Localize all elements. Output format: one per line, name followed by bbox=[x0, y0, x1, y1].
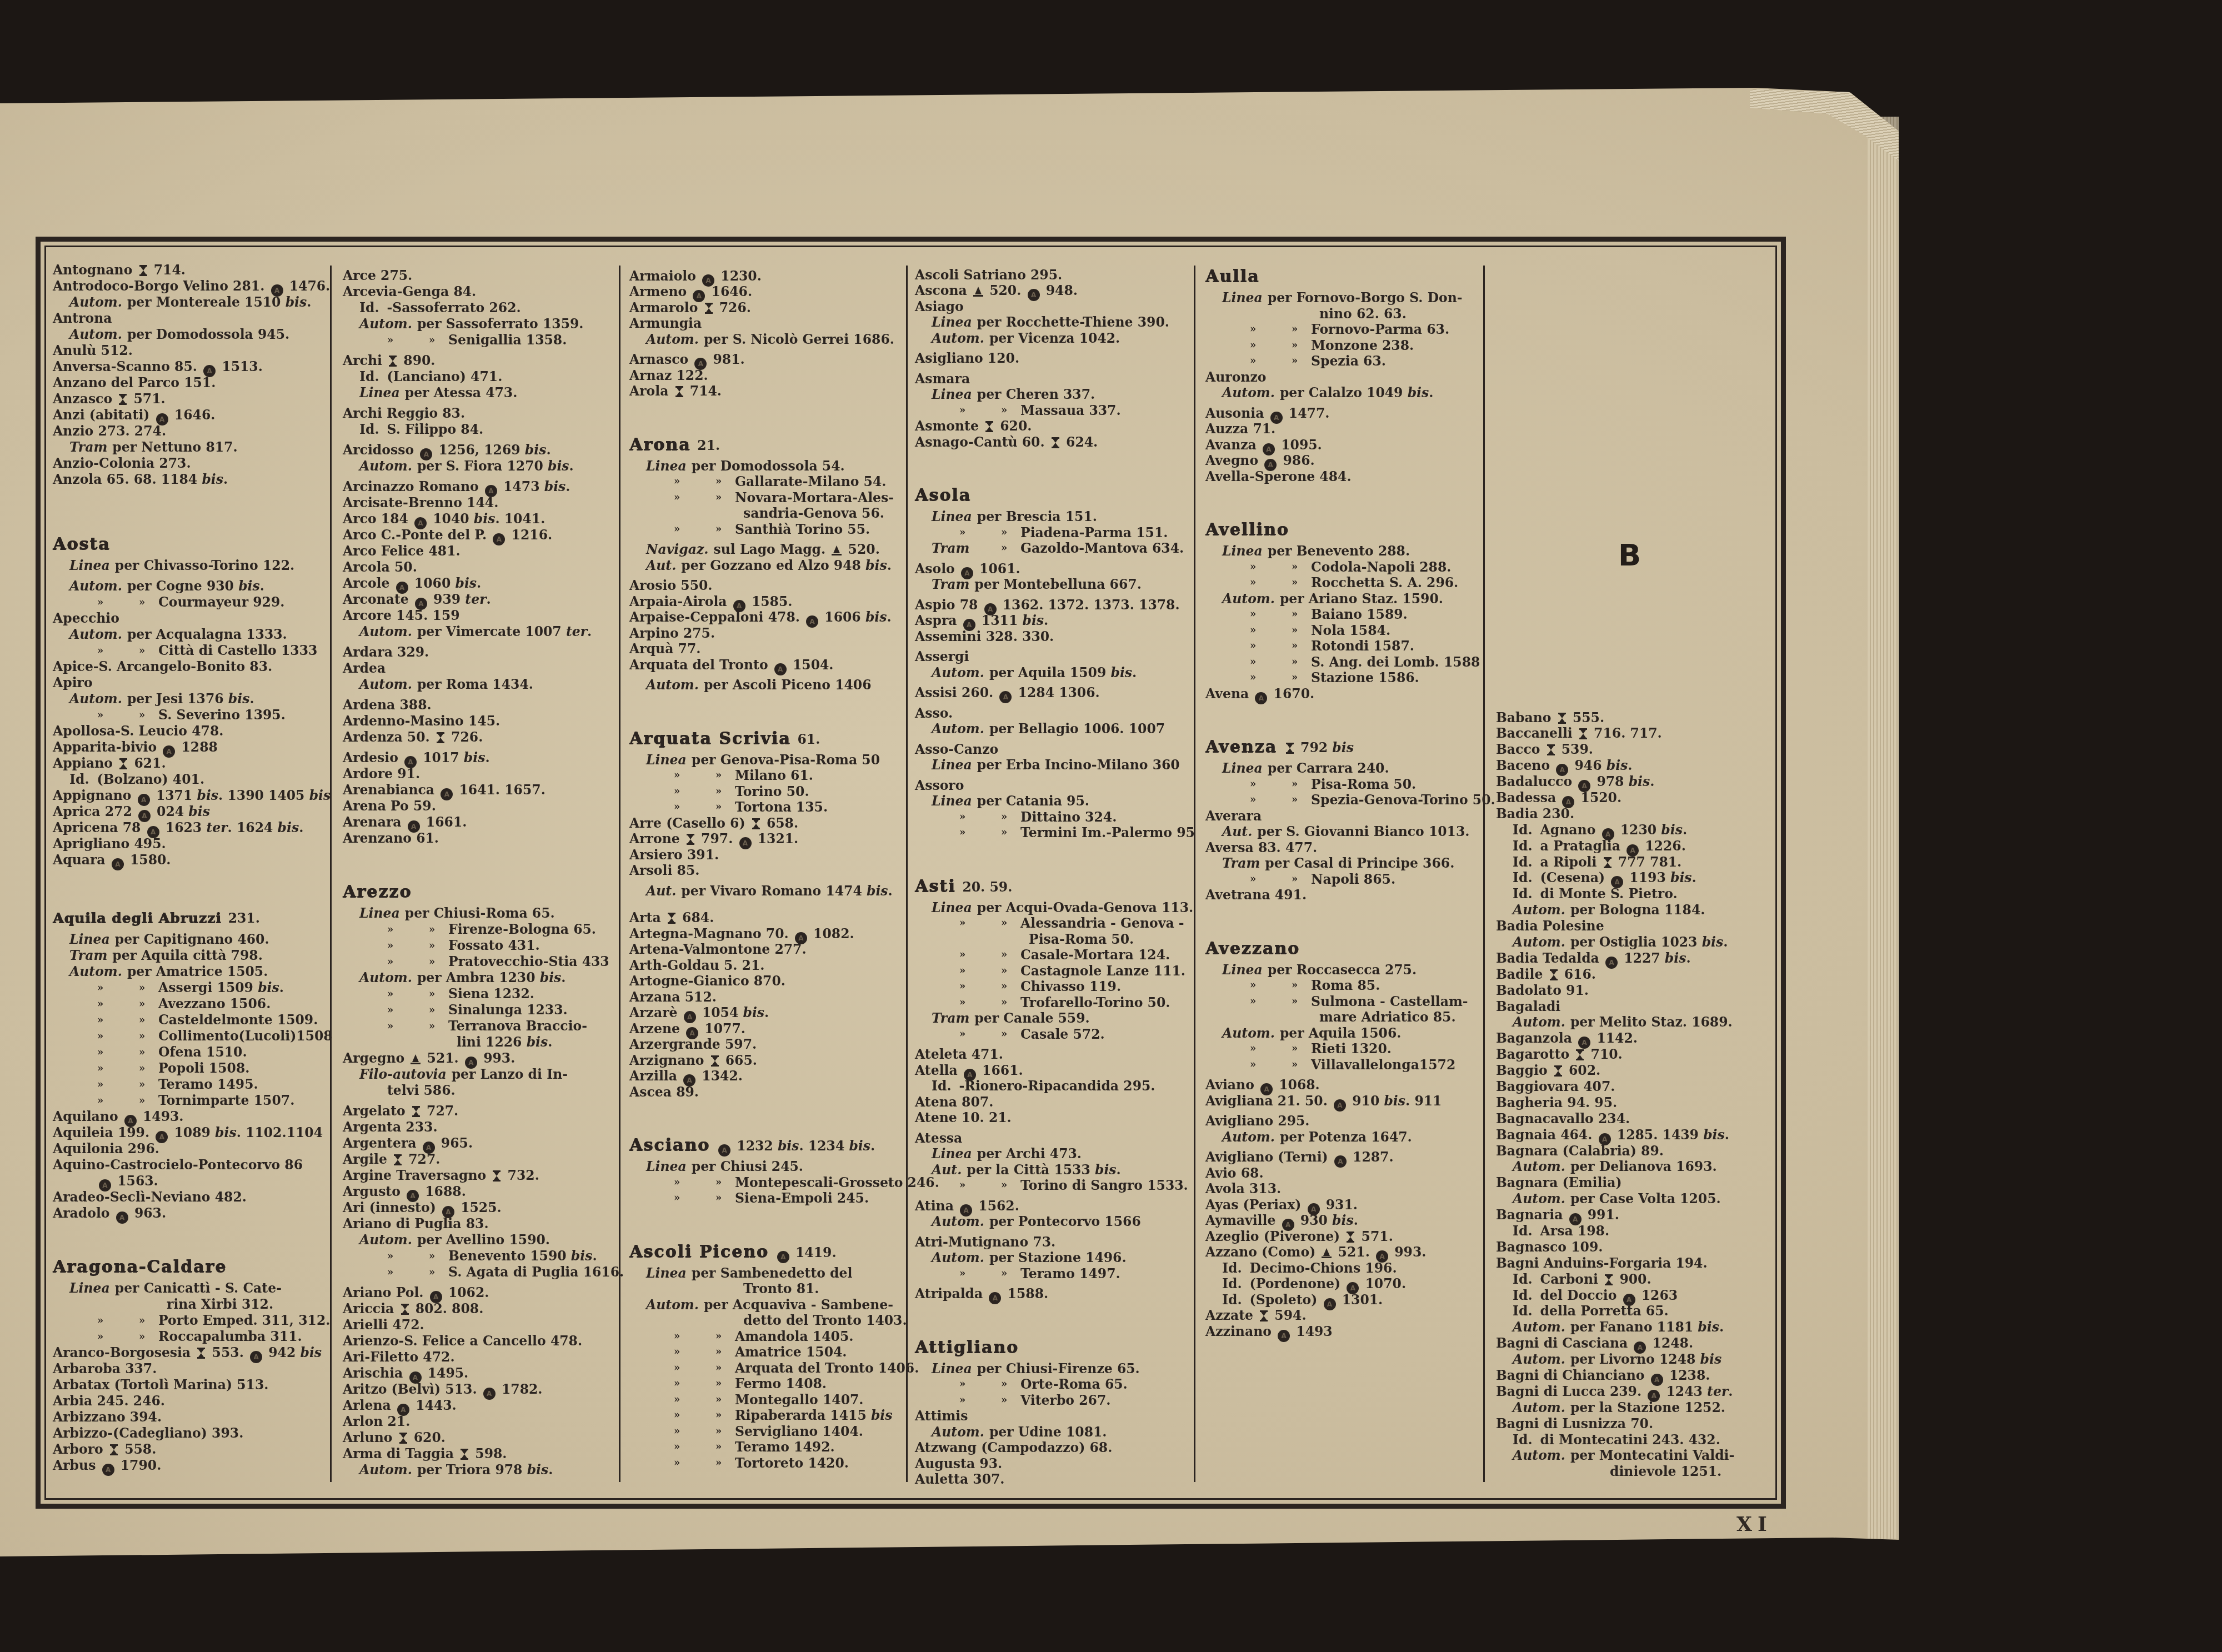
index-entry: Antrona bbox=[53, 311, 333, 327]
ditto-line: »»Napoli 865. bbox=[1205, 872, 1486, 888]
service-type-label: Autom. bbox=[932, 331, 984, 346]
bus-service-icon: A bbox=[116, 1212, 128, 1224]
idem-line: Id.-Sassoferrato 262. bbox=[343, 300, 623, 316]
entry-text: per Aquila 1509 bis. bbox=[989, 665, 1137, 680]
ditto-line: »»Fermo 1408. bbox=[629, 1376, 910, 1392]
entry-text: Pisa-Roma 50. bbox=[1311, 777, 1416, 793]
service-type-label: Linea bbox=[1222, 290, 1263, 306]
entry-text: Arzarè A 1054 bis. bbox=[629, 1005, 769, 1020]
ditto-mark: » bbox=[1292, 353, 1298, 369]
entry-text: Badia 230. bbox=[1496, 806, 1574, 822]
index-entry: Arma di Taggia 598. bbox=[343, 1446, 623, 1462]
ditto-mark: » bbox=[1001, 963, 1007, 979]
service-line: Lineaper Benevento 288. bbox=[1205, 543, 1486, 559]
service-type-label: Autom. bbox=[359, 316, 412, 332]
service-line: Tramper Aquila città 798. bbox=[53, 948, 333, 964]
edition-suffix: bis bbox=[1110, 665, 1132, 680]
index-entry: Baganzola A 1142. bbox=[1496, 1030, 1776, 1047]
entry-text: Novara-Mortara-Ales- bbox=[735, 490, 894, 506]
entry-text: Aversa 83. 477. bbox=[1205, 840, 1317, 855]
ditto-mark: » bbox=[139, 996, 145, 1012]
ditto-mark: » bbox=[959, 825, 965, 841]
ditto-line: »»S. Severino 1395. bbox=[53, 707, 333, 723]
ditto-mark: » bbox=[959, 403, 965, 419]
entry-text: Arsa 198. bbox=[1540, 1223, 1610, 1239]
index-entry: Anzasco 571. bbox=[53, 391, 333, 407]
idem-line: Id.a Prataglia A 1226. bbox=[1496, 838, 1776, 854]
index-entry: Badolato 91. bbox=[1496, 983, 1776, 999]
ditto-mark: » bbox=[674, 1329, 680, 1345]
tramway-icon bbox=[436, 732, 445, 744]
ditto-line: »»Trofarello-Torino 50. bbox=[915, 995, 1195, 1011]
service-type-label: Autom. bbox=[1222, 1129, 1275, 1145]
entry-text: Codola-Napoli 288. bbox=[1311, 559, 1451, 575]
edition-suffix: bis bbox=[865, 609, 887, 625]
entry-text: S. Agata di Puglia 1616. bbox=[448, 1264, 624, 1280]
service-line: Autom.per Roma 1434. bbox=[343, 677, 623, 693]
index-entry: Arzergrande 597. bbox=[629, 1037, 910, 1053]
entry-text: Bagaladi bbox=[1496, 999, 1560, 1014]
entry-text: Atzwang (Campodazzo) 68. bbox=[915, 1440, 1112, 1455]
entry-text: Archi 890. bbox=[343, 353, 436, 368]
entry-text: per Acqui-Ovada-Genova 113. bbox=[977, 900, 1194, 915]
service-line: Autom.per Montecatini Valdi- bbox=[1496, 1448, 1776, 1464]
ditto-mark: » bbox=[1001, 403, 1007, 419]
index-entry: Auronzo bbox=[1205, 369, 1486, 386]
entry-text: Trofarello-Torino 50. bbox=[1020, 995, 1170, 1011]
entry-text: per Benevento 288. bbox=[1268, 543, 1410, 559]
ditto-mark: » bbox=[387, 1248, 393, 1264]
idem-line: Id.Arsa 198. bbox=[1496, 1223, 1776, 1239]
entry-text: Arbizzo-(Cadegliano) 393. bbox=[53, 1425, 243, 1441]
index-entry: Bagnasco 109. bbox=[1496, 1239, 1776, 1255]
ditto-mark: » bbox=[387, 938, 393, 954]
ditto-line: »»Alessandria - Genova - bbox=[915, 915, 1195, 932]
entry-text: Ripaberarda 1415 bis bbox=[735, 1408, 893, 1424]
entry-text: per Fanano 1181 bis. bbox=[1570, 1319, 1724, 1335]
entry-text: Arnaz 122. bbox=[629, 368, 708, 383]
entry-text: Arnasco A 981. bbox=[629, 352, 745, 367]
entry-text: per Fornovo-Borgo S. Don- bbox=[1268, 290, 1463, 306]
entry-text: Bagni di Casciana A 1248. bbox=[1496, 1335, 1693, 1351]
entry-text: Augusta 93. bbox=[915, 1456, 1002, 1471]
ditto-line: »»Teramo 1497. bbox=[915, 1266, 1195, 1282]
ditto-mark: » bbox=[715, 1175, 722, 1191]
ditto-line: »»Rotondi 1587. bbox=[1205, 638, 1486, 654]
ditto-line: »»Collimento(Lucoli)1508 bbox=[53, 1028, 333, 1044]
entry-text: Casteldelmonte 1509. bbox=[158, 1012, 318, 1028]
entry-text: Baggiovara 407. bbox=[1496, 1079, 1615, 1094]
entry-text: Badile 616. bbox=[1496, 967, 1596, 982]
ditto-line: »»Popoli 1508. bbox=[53, 1060, 333, 1077]
ditto-line: »»Siena-Empoli 245. bbox=[629, 1190, 910, 1207]
entry-text: Termini Im.-Palermo 95 bbox=[1020, 825, 1195, 841]
entry-text: Anzio 273. 274. bbox=[53, 423, 166, 439]
index-entry: Asiago bbox=[915, 299, 1195, 315]
index-entry: Ardesio A 1017 bis. bbox=[343, 750, 623, 766]
idem-line: Id.(Lanciano) 471. bbox=[343, 369, 623, 385]
ditto-mark: » bbox=[1250, 353, 1256, 369]
index-entry: Aviano A 1068. bbox=[1205, 1077, 1486, 1093]
ditto-mark: » bbox=[1292, 575, 1298, 591]
entry-text: Napoli 865. bbox=[1311, 872, 1395, 888]
entry-text: Rieti 1320. bbox=[1311, 1041, 1392, 1057]
tramway-icon bbox=[704, 302, 713, 314]
entry-text: Piadena-Parma 151. bbox=[1020, 525, 1168, 541]
edition-suffix: bis bbox=[238, 578, 260, 594]
heading-station-name: Asti bbox=[915, 877, 955, 896]
service-line: Lineaper Chiusi-Roma 65. bbox=[343, 905, 623, 922]
ditto-line: »»Villavallelonga1572 bbox=[1205, 1057, 1486, 1073]
entry-text: Montegallo 1407. bbox=[735, 1392, 864, 1408]
index-entry: Babano 555. bbox=[1496, 710, 1776, 726]
entry-text: Arta 684. bbox=[629, 910, 714, 925]
tramway-icon bbox=[667, 912, 676, 924]
service-type-label: Autom. bbox=[1513, 1400, 1565, 1415]
index-entry: Baceno A 946 bis. bbox=[1496, 758, 1776, 774]
tramway-icon bbox=[460, 1448, 469, 1460]
entry-text: Anversa-Scanno 85. A 1513. bbox=[53, 359, 263, 374]
entry-text: Bagheria 94. 95. bbox=[1496, 1095, 1617, 1110]
ditto-mark: » bbox=[674, 768, 680, 784]
entry-text: a Ripoli 777 781. bbox=[1540, 854, 1682, 870]
index-entry: Badia 230. bbox=[1496, 806, 1776, 822]
service-type-label: Autom. bbox=[359, 624, 412, 639]
index-entry: Ardea bbox=[343, 660, 623, 677]
ditto-line: »»Codola-Napoli 288. bbox=[1205, 559, 1486, 575]
service-line: Lineaper Rocchette-Thiene 390. bbox=[915, 314, 1195, 331]
tramway-icon bbox=[109, 1444, 118, 1456]
entry-text: Atella A 1661. bbox=[915, 1063, 1023, 1078]
index-entry: Asmara bbox=[915, 371, 1195, 387]
entry-text: Aquilano A 1493. bbox=[53, 1109, 184, 1124]
entry-text: Assergi bbox=[915, 649, 969, 664]
boat-service-icon bbox=[973, 285, 983, 297]
ditto-mark: » bbox=[1001, 825, 1007, 841]
entry-text: Fossato 431. bbox=[448, 938, 540, 954]
ditto-mark: » bbox=[1001, 540, 1007, 557]
entry-text: per Atessa 473. bbox=[405, 385, 518, 401]
heading-station-name: Arquata Scrivia bbox=[629, 729, 790, 748]
tramway-icon bbox=[675, 386, 684, 398]
ditto-mark: » bbox=[1001, 525, 1007, 541]
entry-text: Ariccia 802. 808. bbox=[343, 1301, 483, 1316]
entry-text: Gazoldo-Mantova 634. bbox=[1020, 540, 1184, 557]
entry-text: per Jesi 1376 bis. bbox=[127, 691, 254, 707]
index-entry: Asso. bbox=[915, 705, 1195, 722]
entry-text: Santhià Torino 55. bbox=[735, 522, 870, 538]
entry-text: Aspra A 1311 bis. bbox=[915, 613, 1048, 628]
entry-text: Anzi (abitati) A 1646. bbox=[53, 407, 215, 423]
service-type-label: Autom. bbox=[69, 294, 122, 310]
entry-text: per Chiusi 245. bbox=[692, 1159, 803, 1174]
ditto-mark: » bbox=[715, 1392, 722, 1408]
edition-suffix: bis bbox=[464, 750, 486, 765]
index-entry: Archi 890. bbox=[343, 353, 623, 369]
ditto-mark: » bbox=[715, 490, 722, 506]
ditto-mark: » bbox=[139, 1329, 145, 1345]
index-column-6: Babano 555.Baccanelli 716. 717.Bacco 539… bbox=[1496, 710, 1776, 1480]
tramway-icon bbox=[1575, 1049, 1584, 1061]
index-entry: Ariccia 802. 808. bbox=[343, 1301, 623, 1317]
service-type-label: Autom. bbox=[1222, 591, 1275, 607]
entry-text: Azzano (Como) 521. A 993. bbox=[1205, 1244, 1426, 1260]
entry-text: Arma di Taggia 598. bbox=[343, 1446, 507, 1461]
ditto-mark: » bbox=[1292, 978, 1298, 994]
service-line: Autom.per Aquila 1506. bbox=[1205, 1025, 1486, 1042]
entry-text: Firenze-Bologna 65. bbox=[448, 922, 596, 938]
ditto-mark: » bbox=[1292, 670, 1298, 686]
entry-text: Arrone 797. A 1321. bbox=[629, 831, 798, 847]
tramway-icon bbox=[399, 1432, 408, 1444]
ditto-mark: » bbox=[1292, 607, 1298, 623]
entry-text: per Vicenza 1042. bbox=[989, 331, 1120, 346]
station-heading: Arona21. bbox=[629, 432, 910, 458]
edition-suffix: bis bbox=[1629, 774, 1650, 789]
entry-text: Agnano A 1230 bis. bbox=[1540, 822, 1687, 838]
entry-text: Asnago-Cantù 60. 624. bbox=[915, 434, 1098, 450]
entry-text: (Pordenone) A 1070. bbox=[1250, 1276, 1406, 1291]
index-entry: Aspra A 1311 bis. bbox=[915, 613, 1195, 629]
entry-text: Massaua 337. bbox=[1020, 403, 1121, 419]
ditto-line: »»Ripaberarda 1415 bis bbox=[629, 1408, 910, 1424]
station-heading: Aquila degli Abruzzi231. bbox=[53, 905, 333, 932]
ditto-line: »»Monzone 238. bbox=[1205, 338, 1486, 354]
entry-text: dinievole 1251. bbox=[1610, 1464, 1721, 1479]
entry-text: Arzana 512. bbox=[629, 989, 717, 1005]
index-entry: Ardore 91. bbox=[343, 766, 623, 782]
index-entry: Assisi 260. A 1284 1306. bbox=[915, 685, 1195, 701]
index-entry: Ardenno-Masino 145. bbox=[343, 713, 623, 729]
index-entry: Atri-Mutignano 73. bbox=[915, 1234, 1195, 1250]
heading-station-name: Arezzo bbox=[343, 882, 412, 902]
service-line: Lineaper Brescia 151. bbox=[915, 509, 1195, 525]
service-line: Autom.per Ascoli Piceno 1406 bbox=[629, 677, 910, 693]
idem-line: Id.a Ripoli 777 781. bbox=[1496, 854, 1776, 870]
index-entry: Arbia 245. 246. bbox=[53, 1393, 333, 1409]
idem-abbreviation: Id. bbox=[1513, 1303, 1533, 1319]
entry-text: S. Filippo 84. bbox=[387, 422, 484, 437]
index-entry: Ardara 329. bbox=[343, 644, 623, 660]
entry-text: Badessa A 1520. bbox=[1496, 790, 1622, 805]
entry-text: per Case Volta 1205. bbox=[1570, 1191, 1721, 1207]
ditto-mark: » bbox=[1250, 575, 1256, 591]
entry-text: Avigliano (Terni) A 1287. bbox=[1205, 1149, 1394, 1165]
entry-text: per la Stazione 1252. bbox=[1570, 1400, 1725, 1415]
index-entry: Auletta 307. bbox=[915, 1471, 1195, 1488]
entry-text: per Ascoli Piceno 1406 bbox=[704, 677, 872, 693]
entry-text: Avigliana 21. 50. A 910 bis. 911 bbox=[1205, 1093, 1442, 1109]
service-line: Autom.per Cogne 930 bis. bbox=[53, 578, 333, 594]
index-entry: Avella-Sperone 484. bbox=[1205, 469, 1486, 485]
idem-abbreviation: Id. bbox=[932, 1078, 952, 1094]
entry-text: per Chiusi-Firenze 65. bbox=[977, 1361, 1140, 1376]
ditto-line: »»Assergi 1509 bis. bbox=[53, 980, 333, 996]
index-entry: Atzwang (Campodazzo) 68. bbox=[915, 1440, 1195, 1456]
index-column-4: Ascoli Satriano 295.Ascona 520. A 948.As… bbox=[915, 267, 1195, 1488]
ditto-line: »»Santhià Torino 55. bbox=[629, 522, 910, 538]
index-entry: Arpino 275. bbox=[629, 625, 910, 642]
index-entry: Arcole A 1060 bis. bbox=[343, 575, 623, 592]
service-type-label: Autom. bbox=[1513, 934, 1565, 950]
service-line: Filo-autoviaper Lanzo di In- bbox=[343, 1067, 623, 1083]
entry-text: Badia Tedalda A 1227 bis. bbox=[1496, 950, 1691, 966]
entry-text: Aranco-Borgosesia 553. A 942 bis bbox=[53, 1345, 322, 1360]
heading-station-name: Aragona-Caldare bbox=[53, 1257, 227, 1276]
entry-text: per Vimercate 1007 ter. bbox=[417, 624, 592, 639]
ditto-line: »»Pisa-Roma 50. bbox=[1205, 777, 1486, 793]
ditto-line: »»Fornovo-Parma 63. bbox=[1205, 322, 1486, 338]
ditto-line: »»Massaua 337. bbox=[915, 403, 1195, 419]
service-type-label: Aut. bbox=[646, 883, 676, 899]
entry-text: Sulmona - Castellam- bbox=[1311, 994, 1468, 1010]
index-entry: Baggiovara 407. bbox=[1496, 1079, 1776, 1095]
entry-text: Asmara bbox=[915, 371, 970, 387]
entry-text: Avetrana 491. bbox=[1205, 887, 1307, 903]
index-entry: Baccanelli 716. 717. bbox=[1496, 725, 1776, 742]
entry-text: Porto Emped. 311, 312. bbox=[158, 1313, 330, 1329]
index-entry: Ascoli Satriano 295. bbox=[915, 267, 1195, 283]
service-line: Autom.per Ostiglia 1023 bis. bbox=[1496, 934, 1776, 950]
entry-text: Arielli 472. bbox=[343, 1317, 424, 1333]
index-entry: Anulù 512. bbox=[53, 343, 333, 359]
index-entry: Augusta 93. bbox=[915, 1456, 1195, 1472]
entry-text: Argile 727. bbox=[343, 1152, 440, 1167]
index-entry: Avio 68. bbox=[1205, 1165, 1486, 1182]
entry-text: Ascona 520. A 948. bbox=[915, 283, 1078, 298]
index-entry: Argile 727. bbox=[343, 1152, 623, 1168]
index-entry: Arboro 558. bbox=[53, 1441, 333, 1458]
entry-text: per la Città 1533 bis. bbox=[967, 1162, 1120, 1178]
entry-text: Atene 10. 21. bbox=[915, 1110, 1012, 1125]
heading-references: A 1419. bbox=[775, 1245, 837, 1260]
edition-suffix: bis bbox=[1703, 1127, 1725, 1143]
tramway-icon bbox=[1346, 1231, 1355, 1243]
entry-text: per Genova-Pisa-Roma 50 bbox=[692, 752, 880, 768]
ditto-line: »»Baiano 1589. bbox=[1205, 607, 1486, 623]
ditto-line: »»Tornimparte 1507. bbox=[53, 1093, 333, 1109]
entry-text: per Montereale 1510 bis. bbox=[127, 294, 312, 310]
index-entry: Avanza A 1095. bbox=[1205, 437, 1486, 453]
index-entry: Arluno 620. bbox=[343, 1430, 623, 1446]
entry-text: Bagnaia 464. A 1285. 1439 bis. bbox=[1496, 1127, 1729, 1143]
entry-text: Ascoli Satriano 295. bbox=[915, 267, 1062, 283]
tramway-icon bbox=[197, 1347, 206, 1359]
index-entry: Asmonte 620. bbox=[915, 418, 1195, 434]
service-line: Autom.per S. Fiora 1270 bis. bbox=[343, 458, 623, 474]
ditto-mark: » bbox=[429, 1018, 435, 1034]
ditto-mark: » bbox=[959, 963, 965, 979]
ditto-line: »»Termini Im.-Palermo 95 bbox=[915, 825, 1195, 841]
service-type-label: Autom. bbox=[1513, 1351, 1565, 1367]
ditto-mark: » bbox=[1292, 338, 1298, 354]
boat-service-icon bbox=[411, 1053, 421, 1065]
tramway-icon bbox=[1603, 857, 1612, 869]
index-entry: Bagni di Lusnizza 70. bbox=[1496, 1416, 1776, 1432]
edition-suffix: bis bbox=[1700, 1351, 1722, 1367]
entry-text: Arlon 21. bbox=[343, 1414, 410, 1429]
service-type-label: Linea bbox=[646, 1265, 687, 1281]
entry-text: Apecchio bbox=[53, 610, 119, 626]
entry-text: per Triora 978 bis. bbox=[417, 1462, 553, 1478]
service-line: Autom.per Amatrice 1505. bbox=[53, 964, 333, 980]
entry-text: Avola 313. bbox=[1205, 1181, 1281, 1197]
ditto-mark: » bbox=[97, 1329, 103, 1345]
ditto-line: »»Siena 1232. bbox=[343, 986, 623, 1002]
service-line: Autom.per Montereale 1510 bis. bbox=[53, 294, 333, 311]
edition-suffix: bis bbox=[1670, 870, 1692, 885]
ditto-mark: » bbox=[674, 799, 680, 815]
heading-station-name: Asola bbox=[915, 485, 971, 505]
heading-references: 20. 59. bbox=[962, 879, 1012, 895]
entry-text: per Montebelluna 667. bbox=[974, 577, 1142, 592]
ditto-mark: » bbox=[1250, 654, 1256, 670]
entry-text: per Aquila città 798. bbox=[112, 948, 263, 963]
index-entry: Argegno 521. A 993. bbox=[343, 1050, 623, 1067]
entry-text: Siena 1232. bbox=[448, 986, 534, 1002]
entry-text: Aquileia 199. A 1089 bis. 1102.1104 bbox=[53, 1125, 323, 1140]
index-entry: Arlon 21. bbox=[343, 1414, 623, 1430]
edition-suffix: bis bbox=[1332, 1213, 1354, 1228]
service-type-label: Autom. bbox=[646, 677, 699, 693]
service-line: Lineaper Catania 95. bbox=[915, 793, 1195, 809]
bus-service-icon: A bbox=[777, 1251, 789, 1263]
index-entry: Anversa-Scanno 85. A 1513. bbox=[53, 359, 333, 375]
entry-text: Anzasco 571. bbox=[53, 391, 166, 407]
entry-text: Siena-Empoli 245. bbox=[735, 1190, 869, 1207]
entry-text: Auletta 307. bbox=[915, 1471, 1005, 1487]
index-entry: Arenzano 61. bbox=[343, 830, 623, 847]
index-entry: Apparita-bivio A 1288 bbox=[53, 739, 333, 755]
entry-text: per Pontecorvo 1566 bbox=[989, 1214, 1141, 1229]
entry-text: per Domodossola 945. bbox=[127, 327, 289, 342]
entry-text: Baiano 1589. bbox=[1311, 607, 1408, 623]
entry-text: Rocchetta S. A. 296. bbox=[1311, 575, 1458, 591]
ditto-line: »»Fossato 431. bbox=[343, 938, 623, 954]
service-type-label: Autom. bbox=[69, 691, 122, 707]
ditto-mark: » bbox=[715, 1455, 722, 1471]
index-entry: Arquà 77. bbox=[629, 641, 910, 657]
tramway-icon bbox=[985, 420, 994, 433]
entry-text: Città di Castello 1333 bbox=[158, 643, 317, 659]
entry-text: Ausonia A 1477. bbox=[1205, 406, 1329, 421]
entry-text: Courmayeur 929. bbox=[158, 594, 284, 610]
idem-line: Id.(Bolzano) 401. bbox=[53, 772, 333, 788]
ditto-mark: » bbox=[674, 1360, 680, 1376]
entry-text: Nola 1584. bbox=[1311, 623, 1390, 639]
index-entry: Arco Felice 481. bbox=[343, 543, 623, 559]
index-entry: Arco 184 A 1040 bis. 1041. bbox=[343, 511, 623, 527]
entry-text: Aymaville A 930 bis. bbox=[1205, 1213, 1358, 1228]
entry-text: per Roma 1434. bbox=[417, 677, 533, 692]
entry-text: per Capitignano 460. bbox=[115, 932, 269, 947]
ditto-mark: » bbox=[139, 594, 145, 610]
entry-text: Baccanelli 716. 717. bbox=[1496, 725, 1662, 741]
ditto-mark: » bbox=[1292, 638, 1298, 654]
entry-text: Terranova Braccio- bbox=[448, 1018, 587, 1034]
idem-abbreviation: Id. bbox=[1513, 1288, 1533, 1303]
entry-text: Attimis bbox=[915, 1408, 968, 1424]
entry-text: per Sassoferrato 1359. bbox=[417, 316, 584, 332]
ditto-mark: » bbox=[1292, 792, 1298, 808]
index-entry: Aritzo (Belvì) 513. A 1782. bbox=[343, 1381, 623, 1398]
index-entry: Arenabianca A 1641. 1657. bbox=[343, 782, 623, 798]
ditto-mark: » bbox=[97, 1313, 103, 1329]
entry-text: Fornovo-Parma 63. bbox=[1311, 322, 1449, 338]
entry-text: Spezia-Genova-Torino 50. bbox=[1311, 792, 1495, 808]
heading-station-name: Attigliano bbox=[915, 1338, 1019, 1357]
idem-line: Id.(Pordenone) A 1070. bbox=[1205, 1276, 1486, 1292]
